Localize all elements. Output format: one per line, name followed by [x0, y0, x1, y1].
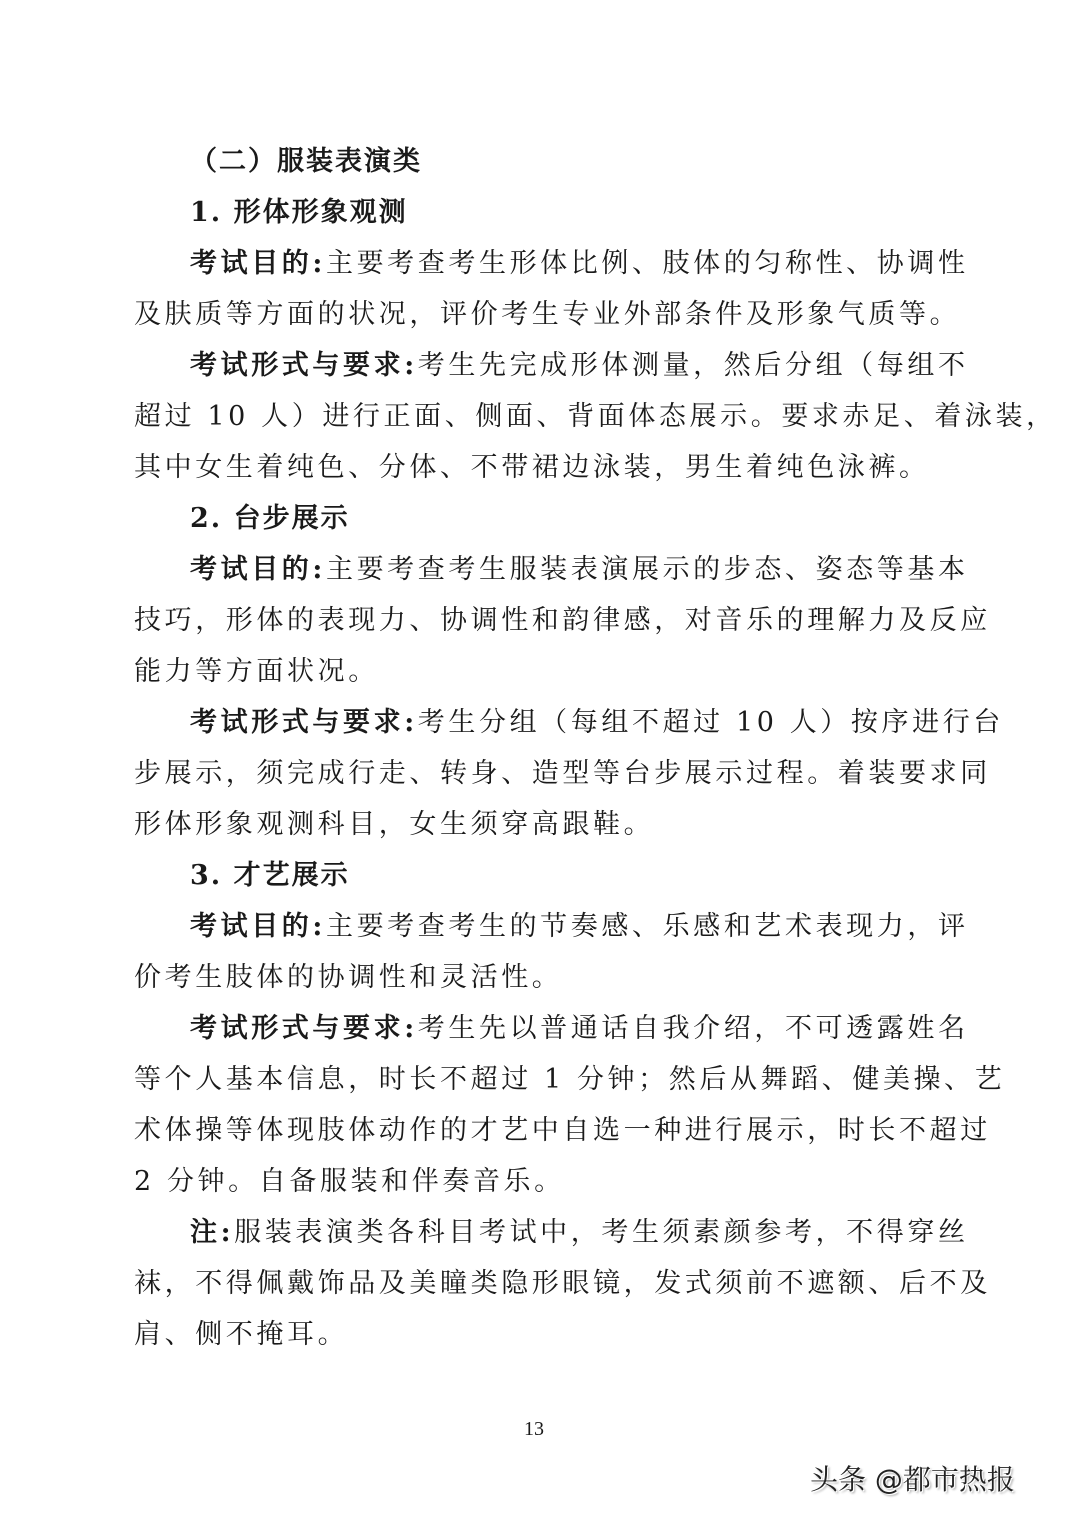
- paragraph-line: 步展示，须完成行走、转身、造型等台步展示过程。着装要求同: [134, 758, 946, 790]
- paragraph-line: 术体操等体现肢体动作的才艺中自选一种进行展示，时长不超过: [134, 1115, 946, 1147]
- paragraph-text: 考生先以普通话自我介绍，不可透露姓名: [418, 1013, 969, 1044]
- purpose-label: 考试目的:: [190, 248, 326, 279]
- paragraph-text: 服装表演类各科目考试中，考生须素颜参考，不得穿丝: [234, 1217, 968, 1248]
- paragraph-line: 超过 10 人）进行正面、侧面、背面体态展示。要求赤足、着泳装，: [134, 401, 946, 433]
- note-line: 注:服装表演类各科目考试中，考生须素颜参考，不得穿丝: [190, 1217, 946, 1249]
- subsection-title-2: 2. 台步展示: [190, 503, 946, 535]
- note-line: 肩、侧不掩耳。: [134, 1319, 946, 1351]
- paragraph-line: 价考生肢体的协调性和灵活性。: [134, 962, 946, 994]
- paragraph-line: 2 分钟。自备服装和伴奏音乐。: [134, 1166, 946, 1198]
- subsection-title-1: 1. 形体形象观测: [190, 197, 946, 229]
- subsection-title-3: 3. 才艺展示: [190, 860, 946, 892]
- document-page: （二）服装表演类 1. 形体形象观测 考试目的:主要考查考生形体比例、肢体的匀称…: [0, 0, 1080, 1527]
- watermark: 头条 @都市热报: [810, 1458, 1015, 1498]
- paragraph-line: 及肤质等方面的状况，评价考生专业外部条件及形象气质等。: [134, 299, 946, 331]
- paragraph-line: 考试目的:主要考查考生形体比例、肢体的匀称性、协调性: [190, 248, 946, 280]
- paragraph-line: 能力等方面状况。: [134, 656, 946, 688]
- purpose-label: 考试目的:: [190, 554, 326, 585]
- paragraph-text: 主要考查考生形体比例、肢体的匀称性、协调性: [326, 248, 969, 279]
- paragraph-line: 技巧，形体的表现力、协调性和韵律感，对音乐的理解力及反应: [134, 605, 946, 637]
- purpose-label: 考试目的:: [190, 911, 326, 942]
- format-label: 考试形式与要求:: [190, 1013, 418, 1044]
- paragraph-line: 考试形式与要求:考生先完成形体测量，然后分组（每组不: [190, 350, 946, 382]
- format-label: 考试形式与要求:: [190, 350, 418, 381]
- paragraph-line: 考试目的:主要考查考生服装表演展示的步态、姿态等基本: [190, 554, 946, 586]
- section-heading: （二）服装表演类: [190, 146, 946, 178]
- paragraph-text: 考生分组（每组不超过 10 人）按序进行台: [418, 707, 1004, 738]
- paragraph-line: 形体形象观测科目，女生须穿高跟鞋。: [134, 809, 946, 841]
- paragraph-line: 考试目的:主要考查考生的节奏感、乐感和艺术表现力，评: [190, 911, 946, 943]
- note-label: 注:: [190, 1217, 234, 1248]
- note-line: 袜，不得佩戴饰品及美瞳类隐形眼镜，发式须前不遮额、后不及: [134, 1268, 946, 1300]
- paragraph-line: 考试形式与要求:考生先以普通话自我介绍，不可透露姓名: [190, 1013, 946, 1045]
- page-number: 13: [524, 1418, 544, 1441]
- paragraph-text: 主要考查考生服装表演展示的步态、姿态等基本: [326, 554, 969, 585]
- format-label: 考试形式与要求:: [190, 707, 418, 738]
- paragraph-text: 考生先完成形体测量，然后分组（每组不: [418, 350, 969, 381]
- paragraph-line: 其中女生着纯色、分体、不带裙边泳装，男生着纯色泳裤。: [134, 452, 946, 484]
- paragraph-line: 考试形式与要求:考生分组（每组不超过 10 人）按序进行台: [190, 707, 946, 739]
- paragraph-line: 等个人基本信息，时长不超过 1 分钟；然后从舞蹈、健美操、艺: [134, 1064, 946, 1096]
- paragraph-text: 主要考查考生的节奏感、乐感和艺术表现力，评: [326, 911, 969, 942]
